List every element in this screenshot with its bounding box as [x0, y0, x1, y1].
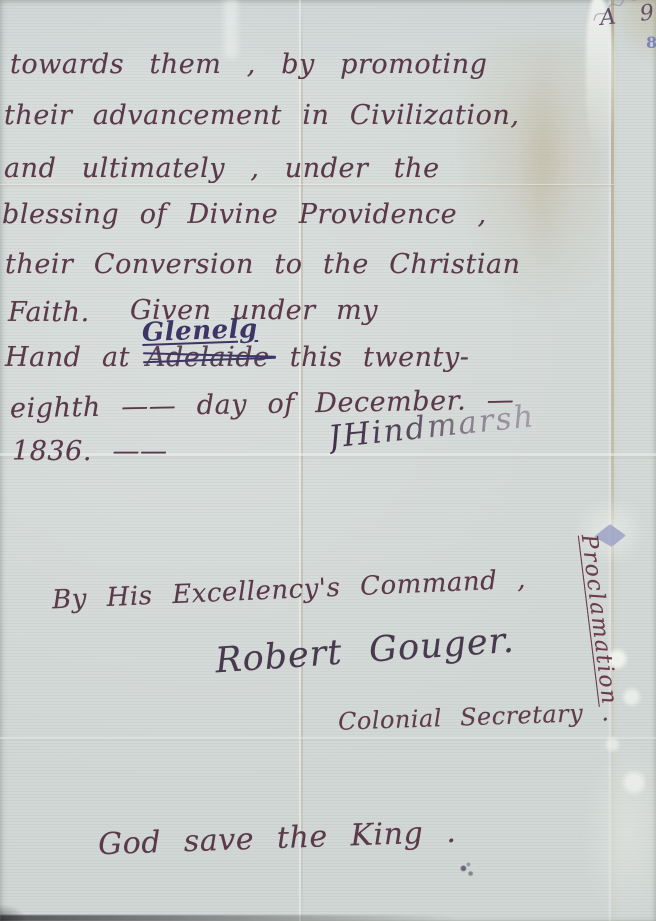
- archive-corner-mark-blue: 8: [646, 34, 656, 52]
- secretary-title: Colonial Secretary .: [338, 699, 610, 735]
- horizontal-fold-upper: [0, 185, 614, 187]
- handwriting-line-1: towards them , by promoting: [10, 50, 487, 80]
- horizontal-fold-lower: [0, 737, 656, 739]
- line7-start: Hand at: [5, 342, 130, 373]
- command-line: By His Excellency's Command ,: [52, 566, 527, 615]
- handwriting-line-6-word: Faith.: [8, 298, 90, 328]
- tan-stain-streak: [520, 55, 566, 265]
- page-bottom-edge: [0, 915, 480, 921]
- line7-end: this twenty-: [290, 342, 470, 373]
- struck-word-adelaide: Adelaide: [146, 343, 270, 373]
- handwriting-line-3: and ultimately , under the: [4, 154, 440, 184]
- handwriting-line-4: blessing of Divine Providence ,: [2, 200, 487, 230]
- margin-note-proclamation: Proclamation: [576, 533, 621, 707]
- closing-line: God save the King .: [98, 816, 457, 861]
- handwriting-line-5: their Conversion to the Christian: [5, 250, 521, 280]
- page-corner-shadow: [0, 905, 26, 921]
- archive-corner-mark: A 9: [599, 1, 656, 31]
- handwriting-line-7: Hand atAdelaidethis twenty-: [5, 343, 469, 373]
- ink-smudge: [458, 862, 476, 878]
- secretary-signature: Robert Gouger.: [214, 622, 516, 681]
- document-page: A 9 8 towards them , by promoting their …: [0, 0, 656, 921]
- pale-damage-zone: [582, 742, 656, 921]
- handwriting-line-2: their advancement in Civilization,: [4, 101, 519, 131]
- handwriting-line-9: 1836. ——: [12, 437, 168, 467]
- vertical-fold-center: [301, 0, 303, 921]
- vertical-fold-right: [611, 0, 614, 921]
